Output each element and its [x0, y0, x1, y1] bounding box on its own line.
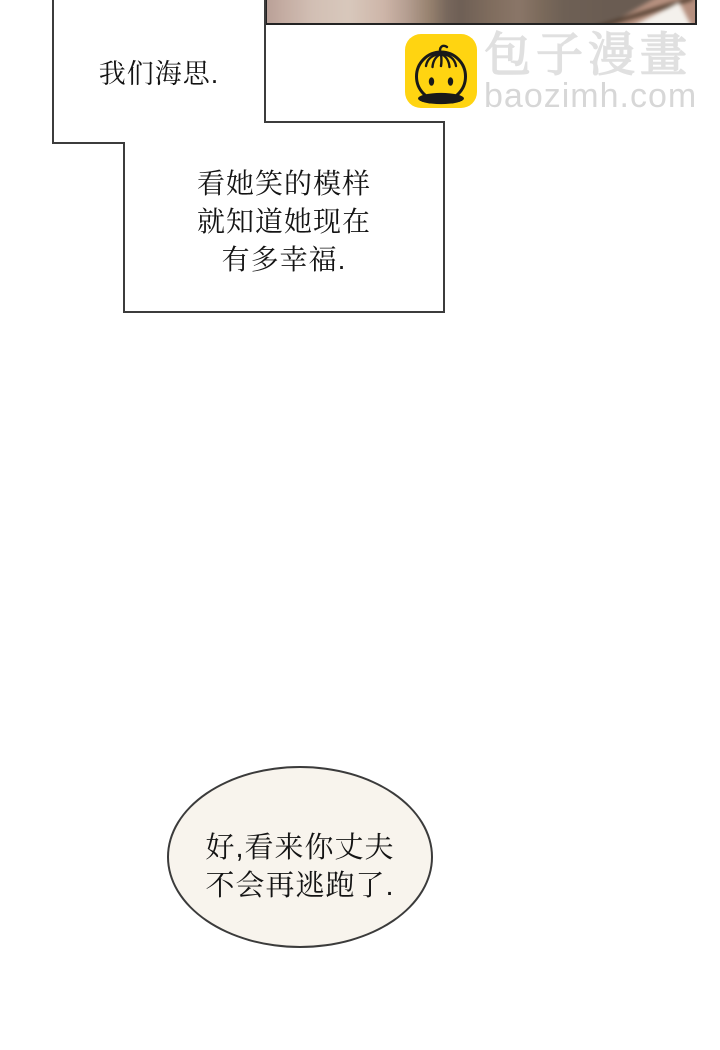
speech-bubble-husband: 好,看来你丈夫 不会再逃跑了. — [167, 766, 433, 948]
photo-skin-area — [265, 0, 697, 25]
watermark-domain-text: baozimh.com — [484, 80, 697, 112]
comic-page: 看她笑的模样 就知道她现在 有多幸福. 我们海思. 包子漫畫 baoz — [0, 0, 720, 1050]
bubble-text-line: 有多幸福. — [222, 241, 347, 279]
photo-blur-layer — [265, 0, 697, 25]
speech-bubble-happiness: 看她笑的模样 就知道她现在 有多幸福. — [123, 121, 445, 313]
bubble-text-line: 好,看来你丈夫 — [205, 829, 394, 867]
watermark-brand-text: 包子漫畫 — [484, 30, 697, 80]
bubble-text-line: 就知道她现在 — [197, 203, 371, 241]
watermark-text: 包子漫畫 baozimh.com — [484, 30, 697, 112]
watermark: 包子漫畫 baozimh.com — [405, 30, 697, 112]
comic-panel-photo — [265, 0, 697, 25]
bubble-text-line: 我们海思. — [99, 57, 220, 91]
bubble-text-line: 看她笑的模样 — [197, 165, 371, 203]
bubble-text-line: 不会再逃跑了. — [205, 867, 394, 905]
bubble-overlap-patch — [125, 123, 267, 145]
baozi-bun-icon — [405, 34, 477, 108]
